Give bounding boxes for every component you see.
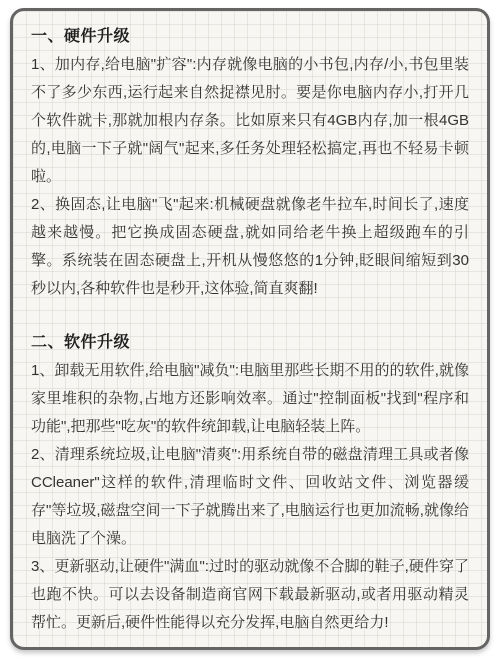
section-hardware-upgrade: 一、硬件升级 1、加内存,给电脑"扩容":内存就像电脑的小书包,内存/小,书包里… bbox=[31, 23, 469, 303]
hardware-paragraph-add-memory: 1、加内存,给电脑"扩容":内存就像电脑的小书包,内存/小,书包里装不了多少东西… bbox=[31, 51, 469, 191]
hardware-section-heading: 一、硬件升级 bbox=[31, 23, 469, 51]
software-section-heading: 二、软件升级 bbox=[31, 329, 469, 357]
software-paragraph-uninstall: 1、卸载无用软件,给电脑"减负":电脑里那些长期不用的的软件,就像家里堆积的杂物… bbox=[31, 357, 469, 441]
content-card: 一、硬件升级 1、加内存,给电脑"扩容":内存就像电脑的小书包,内存/小,书包里… bbox=[10, 8, 490, 650]
section-software-upgrade: 二、软件升级 1、卸载无用软件,给电脑"减负":电脑里那些长期不用的的软件,就像… bbox=[31, 329, 469, 637]
software-paragraph-drivers: 3、更新驱动,让硬件"满血":过时的驱动就像不合脚的鞋子,硬件穿了也跑不快。可以… bbox=[31, 553, 469, 637]
page-background: { "theme": { "page-bg": "#ffffff", "card… bbox=[0, 0, 500, 667]
software-paragraph-cleanup: 2、清理系统垃圾,让电脑"清爽":用系统自带的磁盘清理工具或者像CCleaner… bbox=[31, 441, 469, 553]
hardware-paragraph-ssd-swap: 2、换固态,让电脑"飞"起来:机械硬盘就像老牛拉车,时间长了,速度越来越慢。把它… bbox=[31, 191, 469, 303]
